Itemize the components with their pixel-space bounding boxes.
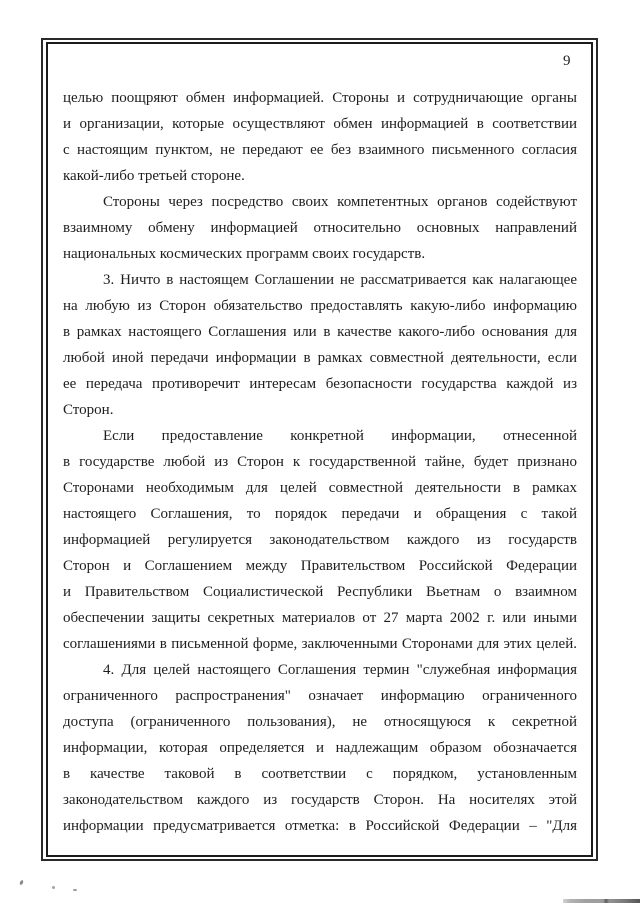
text-line: ее передача противоречит интересам безоп… (63, 371, 577, 397)
text-line: Сторонами необходимым для целей совместн… (63, 475, 577, 501)
text-line: в государстве любой из Сторон к государс… (63, 449, 577, 475)
paragraph: Стороны через посредство своих компетент… (63, 189, 577, 267)
text-line: Сторон. (63, 397, 577, 423)
text-line: информации предусматривается отметка: в … (63, 813, 577, 839)
text-line: целью поощряют обмен информацией. Сторон… (63, 85, 577, 111)
page-number: 9 (63, 53, 571, 70)
text-line: и Правительством Социалистической Респуб… (63, 579, 577, 605)
text-line: с настоящим пунктом, не передают ее без … (63, 137, 577, 163)
text-line: национальных космических программ своих … (63, 241, 577, 267)
paragraph: целью поощряют обмен информацией. Сторон… (63, 85, 577, 189)
scan-speck (73, 889, 77, 891)
text-line: и организации, которые осуществляют обме… (63, 111, 577, 137)
text-line: информации, которая определяется и надле… (63, 735, 577, 761)
text-line: в рамках настоящего Соглашения или в кач… (63, 319, 577, 345)
text-line: соглашениями в письменной форме, заключе… (63, 631, 577, 657)
text-line: Стороны через посредство своих компетент… (63, 189, 577, 215)
text-line: какой-либо третьей стороне. (63, 163, 577, 189)
text-line: настоящего Соглашения, то порядок переда… (63, 501, 577, 527)
text-line: обеспечении защиты секретных материалов … (63, 605, 577, 631)
document-page: 9 целью поощряют обмен информацией. Стор… (0, 0, 640, 905)
text-block: целью поощряют обмен информацией. Сторон… (63, 85, 577, 839)
paragraph: Если предоставление конкретной информаци… (63, 423, 577, 657)
scan-artifact-line (563, 899, 640, 903)
text-line: ограниченного распространения" означает … (63, 683, 577, 709)
text-line: 4. Для целей настоящего Соглашения терми… (63, 657, 577, 683)
text-line: любой иной передачи информации в рамках … (63, 345, 577, 371)
text-line: на любую из Сторон обязательство предост… (63, 293, 577, 319)
paragraph: 4. Для целей настоящего Соглашения терми… (63, 657, 577, 839)
scan-speck (19, 880, 24, 886)
text-line: в качестве таковой в соответствии с поря… (63, 761, 577, 787)
paragraph: 3. Ничто в настоящем Соглашении не рассм… (63, 267, 577, 423)
scan-speck (52, 886, 55, 889)
text-line: Сторон и Соглашением между Правительство… (63, 553, 577, 579)
text-line: взаимному обмену информацией относительн… (63, 215, 577, 241)
text-line: информацией регулируется законодательств… (63, 527, 577, 553)
text-line: Если предоставление конкретной информаци… (63, 423, 577, 449)
text-line: 3. Ничто в настоящем Соглашении не рассм… (63, 267, 577, 293)
text-line: законодательством каждого из государств … (63, 787, 577, 813)
text-line: доступа (ограниченного пользования), не … (63, 709, 577, 735)
